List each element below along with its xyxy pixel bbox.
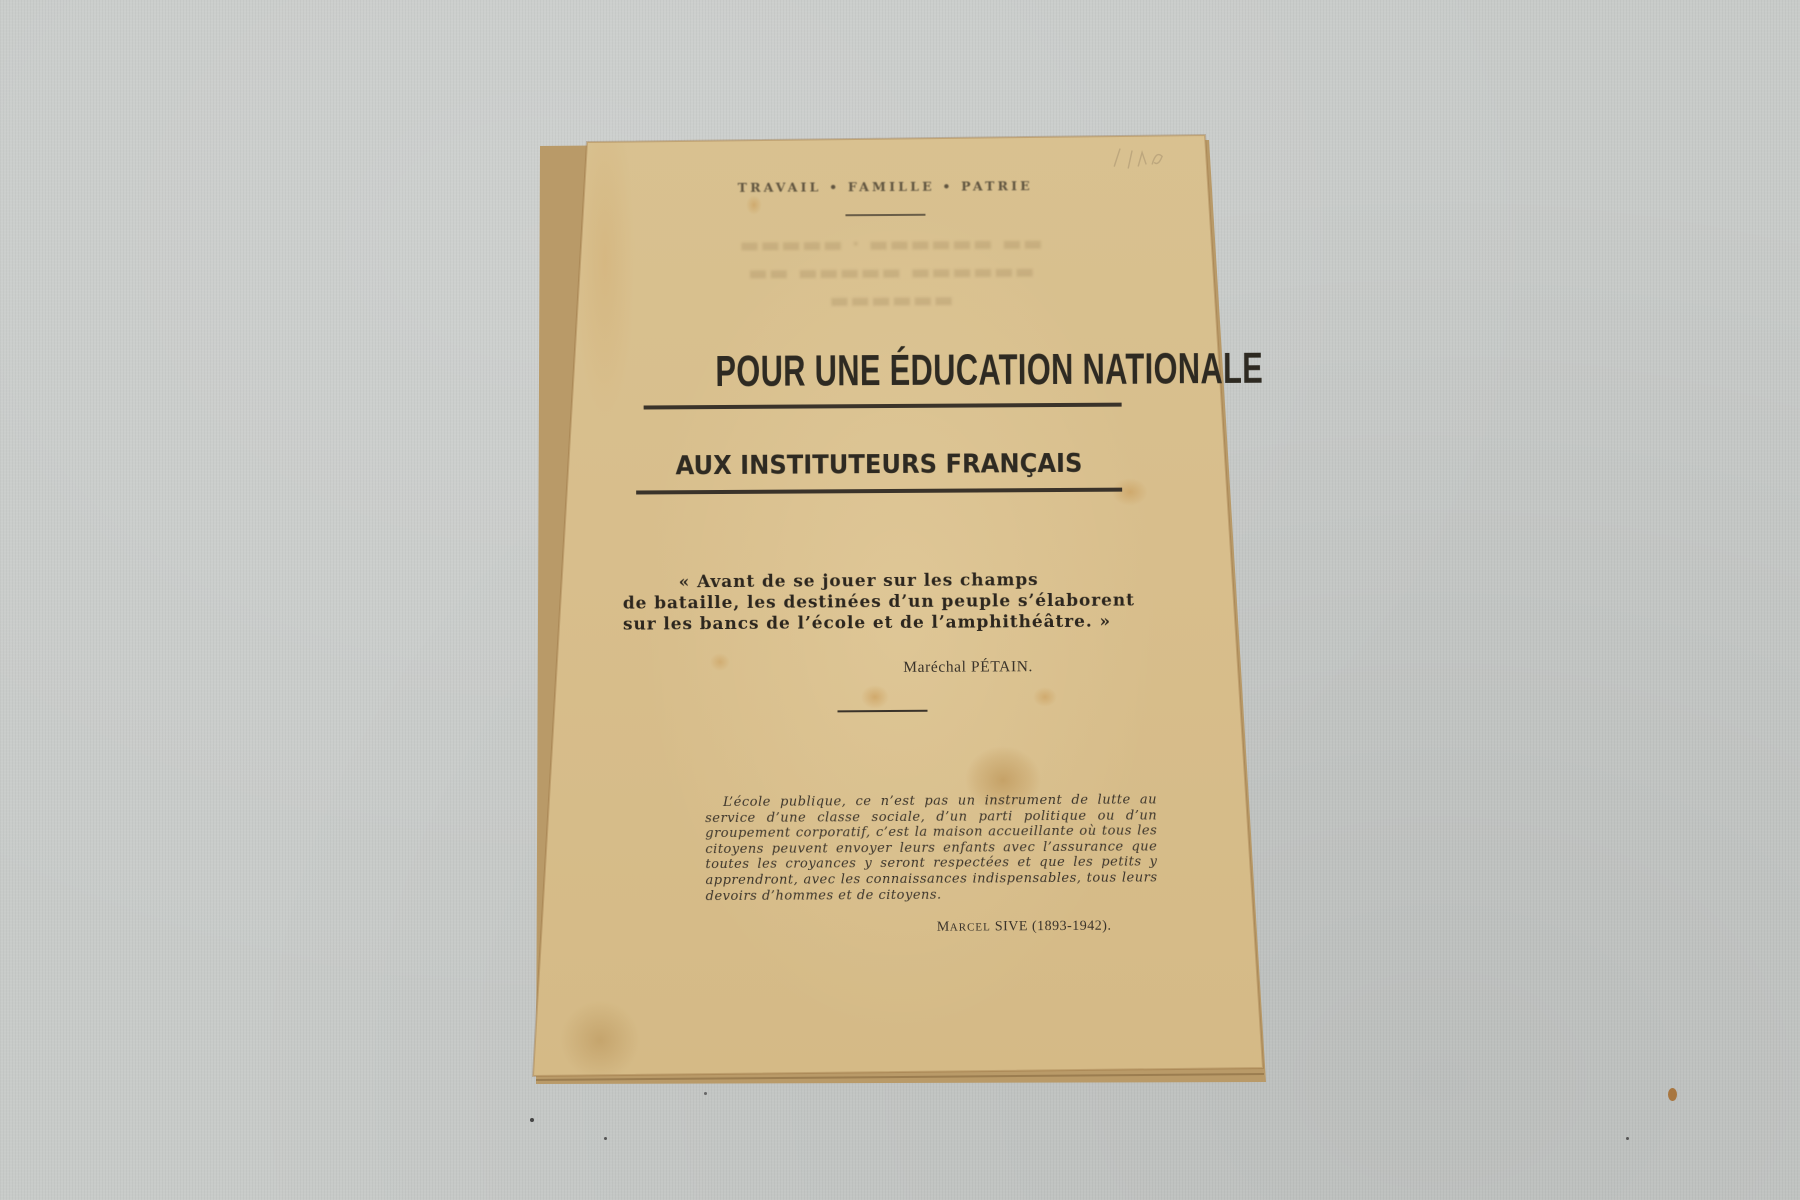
subtitle-underline: [636, 488, 1122, 494]
dust-speck: [704, 1092, 707, 1095]
sive-attribution: MARCEL SIVE (1893-1942).: [937, 919, 1112, 936]
booklet-subtitle: AUX INSTITUTEURS FRANÇAIS: [651, 446, 1107, 485]
attribution-dates: (1893-1942).: [1032, 919, 1112, 934]
dust-speck: [530, 1118, 534, 1122]
petain-quote: « Avant de se jouer sur les champs de ba…: [623, 569, 1135, 635]
attribution-initial: M: [937, 920, 950, 935]
booklet-title: POUR UNE ÉDUCATION NATIONALE: [715, 341, 1051, 401]
dust-speck: [604, 1137, 607, 1140]
title-underline: [644, 403, 1122, 409]
reverse-side-show-through: ▬▬ ▬▬▬▬▬▬ · ▬▬▬▬▬▬▬▬▬▬▬ ▬▬▬▬▬ ▬▬ ▬▬▬▬▬▬: [681, 229, 1102, 316]
cover-content: TRAVAIL • FAMILLE • PATRIE ▬▬ ▬▬▬▬▬▬ · ▬…: [560, 136, 1246, 1080]
pencil-mark: [1110, 142, 1170, 172]
quote-text: de bataille, les destinées d’un peuple s…: [623, 590, 1135, 634]
attribution-last-name: SIVE: [995, 919, 1028, 934]
attribution-first-name: ARCEL: [950, 921, 991, 933]
dust-speck: [1626, 1137, 1629, 1140]
stain-speck: [1668, 1088, 1677, 1101]
quote-attribution: Maréchal PÉTAIN.: [903, 658, 1033, 677]
motto-rule: [845, 214, 925, 216]
motto-header: TRAVAIL • FAMILLE • PATRIE: [700, 178, 1070, 195]
sive-passage: L’école publique, ce n’est pas un instru…: [705, 792, 1158, 904]
section-divider: [837, 710, 927, 713]
